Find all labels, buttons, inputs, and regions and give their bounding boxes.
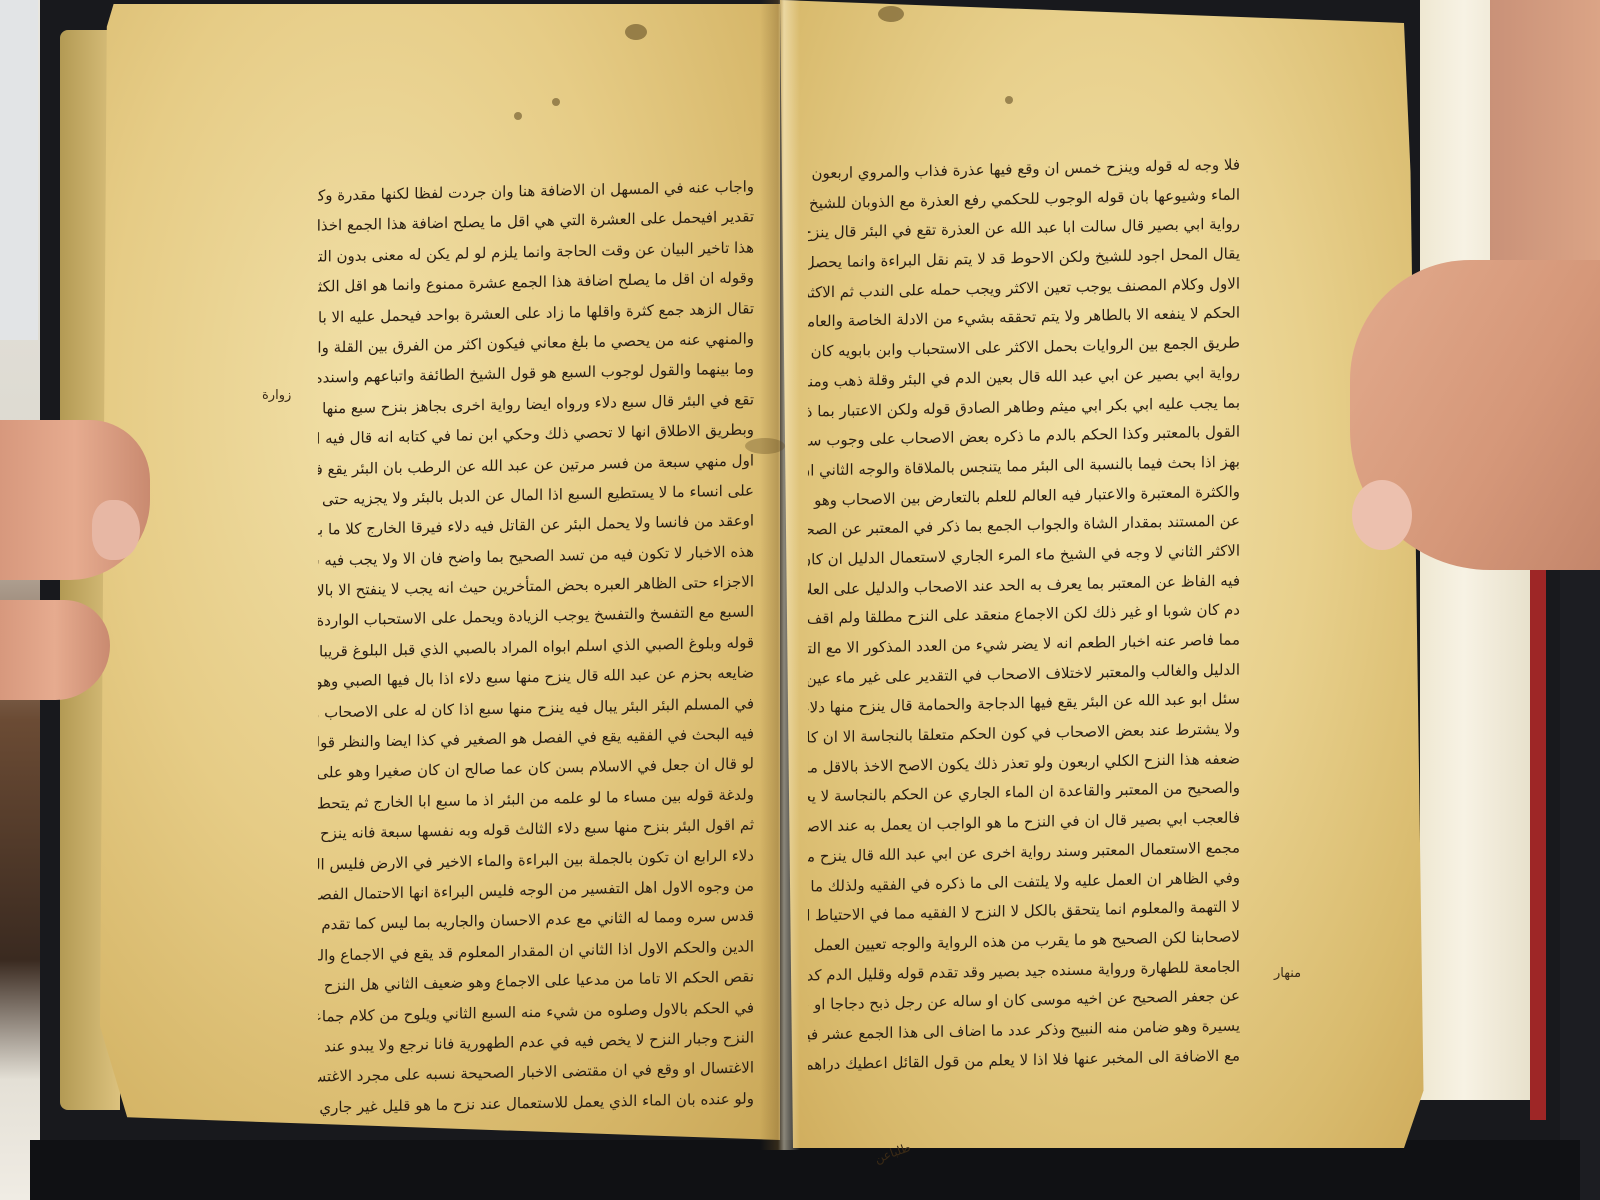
ink-stain [625,24,647,40]
right-page-text: فلا وجه له قوله وينزح خمس ان وقع فيها عذ… [808,154,1240,1074]
left-page-text: واجاب عنه في المسهل ان الاضافة هنا وان ج… [318,176,754,1118]
background-paper-note [0,0,38,340]
ink-stain [514,112,522,120]
ink-stain [1005,96,1013,104]
right-thumbnail [1352,480,1412,550]
book-cover-bottom-edge [30,1140,1580,1200]
right-hand-wrist [1490,0,1600,260]
right-margin-note: منهار [1274,966,1301,981]
left-thumbnail [92,500,140,560]
ink-stain [878,6,904,22]
left-margin-note: زوارة [262,388,291,403]
book-gutter [760,0,800,1150]
ink-stain [552,98,560,106]
